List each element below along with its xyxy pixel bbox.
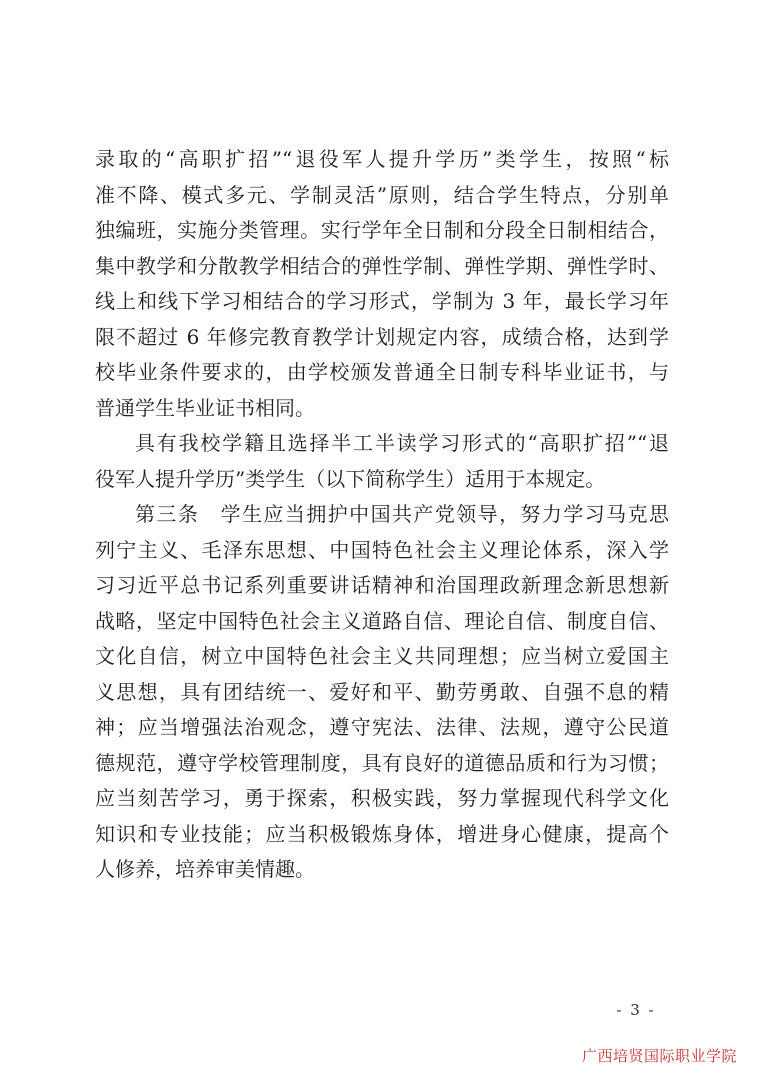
text-line: 准不降、模式多元、学制灵活”原则，结合学生特点，分别单: [95, 178, 669, 214]
text-line: 文化自信，树立中国特色社会主义共同理想；应当树立爱国主: [95, 639, 669, 675]
text-line: 第三条 学生应当拥护中国共产党领导，努力学习马克思: [95, 497, 669, 533]
text-line: 普通学生毕业证书相同。: [95, 391, 669, 427]
text-line: 列宁主义、毛泽东思想、中国特色社会主义理论体系，深入学: [95, 533, 669, 569]
text-line: 独编班，实施分类管理。实行学年全日制和分段全日制相结合，: [95, 213, 669, 249]
text-line: 录取的“高职扩招”“退役军人提升学历”类学生，按照“标: [95, 142, 669, 178]
text-line: 义思想，具有团结统一、爱好和平、勤劳勇敢、自强不息的精: [95, 675, 669, 711]
text-line: 役军人提升学历”类学生（以下简称学生）适用于本规定。: [95, 462, 669, 498]
text-line: 线上和线下学习相结合的学习形式，学制为 3 年，最长学习年: [95, 284, 669, 320]
text-line: 限不超过 6 年修完教育教学计划规定内容，成绩合格，达到学: [95, 320, 669, 356]
text-line: 具有我校学籍且选择半工半读学习形式的“高职扩招”“退: [95, 426, 669, 462]
page-number: - 3 -: [576, 1001, 696, 1019]
text-line: 人修养，培养审美情趣。: [95, 852, 669, 888]
text-line: 神；应当增强法治观念，遵守宪法、法律、法规，遵守公民道: [95, 710, 669, 746]
document-page: 录取的“高职扩招”“退役军人提升学历”类学生，按照“标 准不降、模式多元、学制灵…: [0, 0, 764, 1080]
text-line: 校毕业条件要求的，由学校颁发普通全日制专科毕业证书，与: [95, 355, 669, 391]
text-line: 集中教学和分散教学相结合的弹性学制、弹性学期、弹性学时、: [95, 249, 669, 285]
text-line: 知识和专业技能；应当积极锻炼身体，增进身心健康，提高个: [95, 817, 669, 853]
text-line: 习习近平总书记系列重要讲话精神和治国理政新理念新思想新: [95, 568, 669, 604]
text-line: 战略，坚定中国特色社会主义道路自信、理论自信、制度自信、: [95, 604, 669, 640]
document-body: 录取的“高职扩招”“退役军人提升学历”类学生，按照“标 准不降、模式多元、学制灵…: [95, 142, 669, 888]
text-line: 应当刻苦学习，勇于探索，积极实践，努力掌握现代科学文化: [95, 781, 669, 817]
text-line: 德规范，遵守学校管理制度，具有良好的道德品质和行为习惯；: [95, 746, 669, 782]
school-name-watermark: 广西培贤国际职业学院: [582, 1045, 737, 1066]
